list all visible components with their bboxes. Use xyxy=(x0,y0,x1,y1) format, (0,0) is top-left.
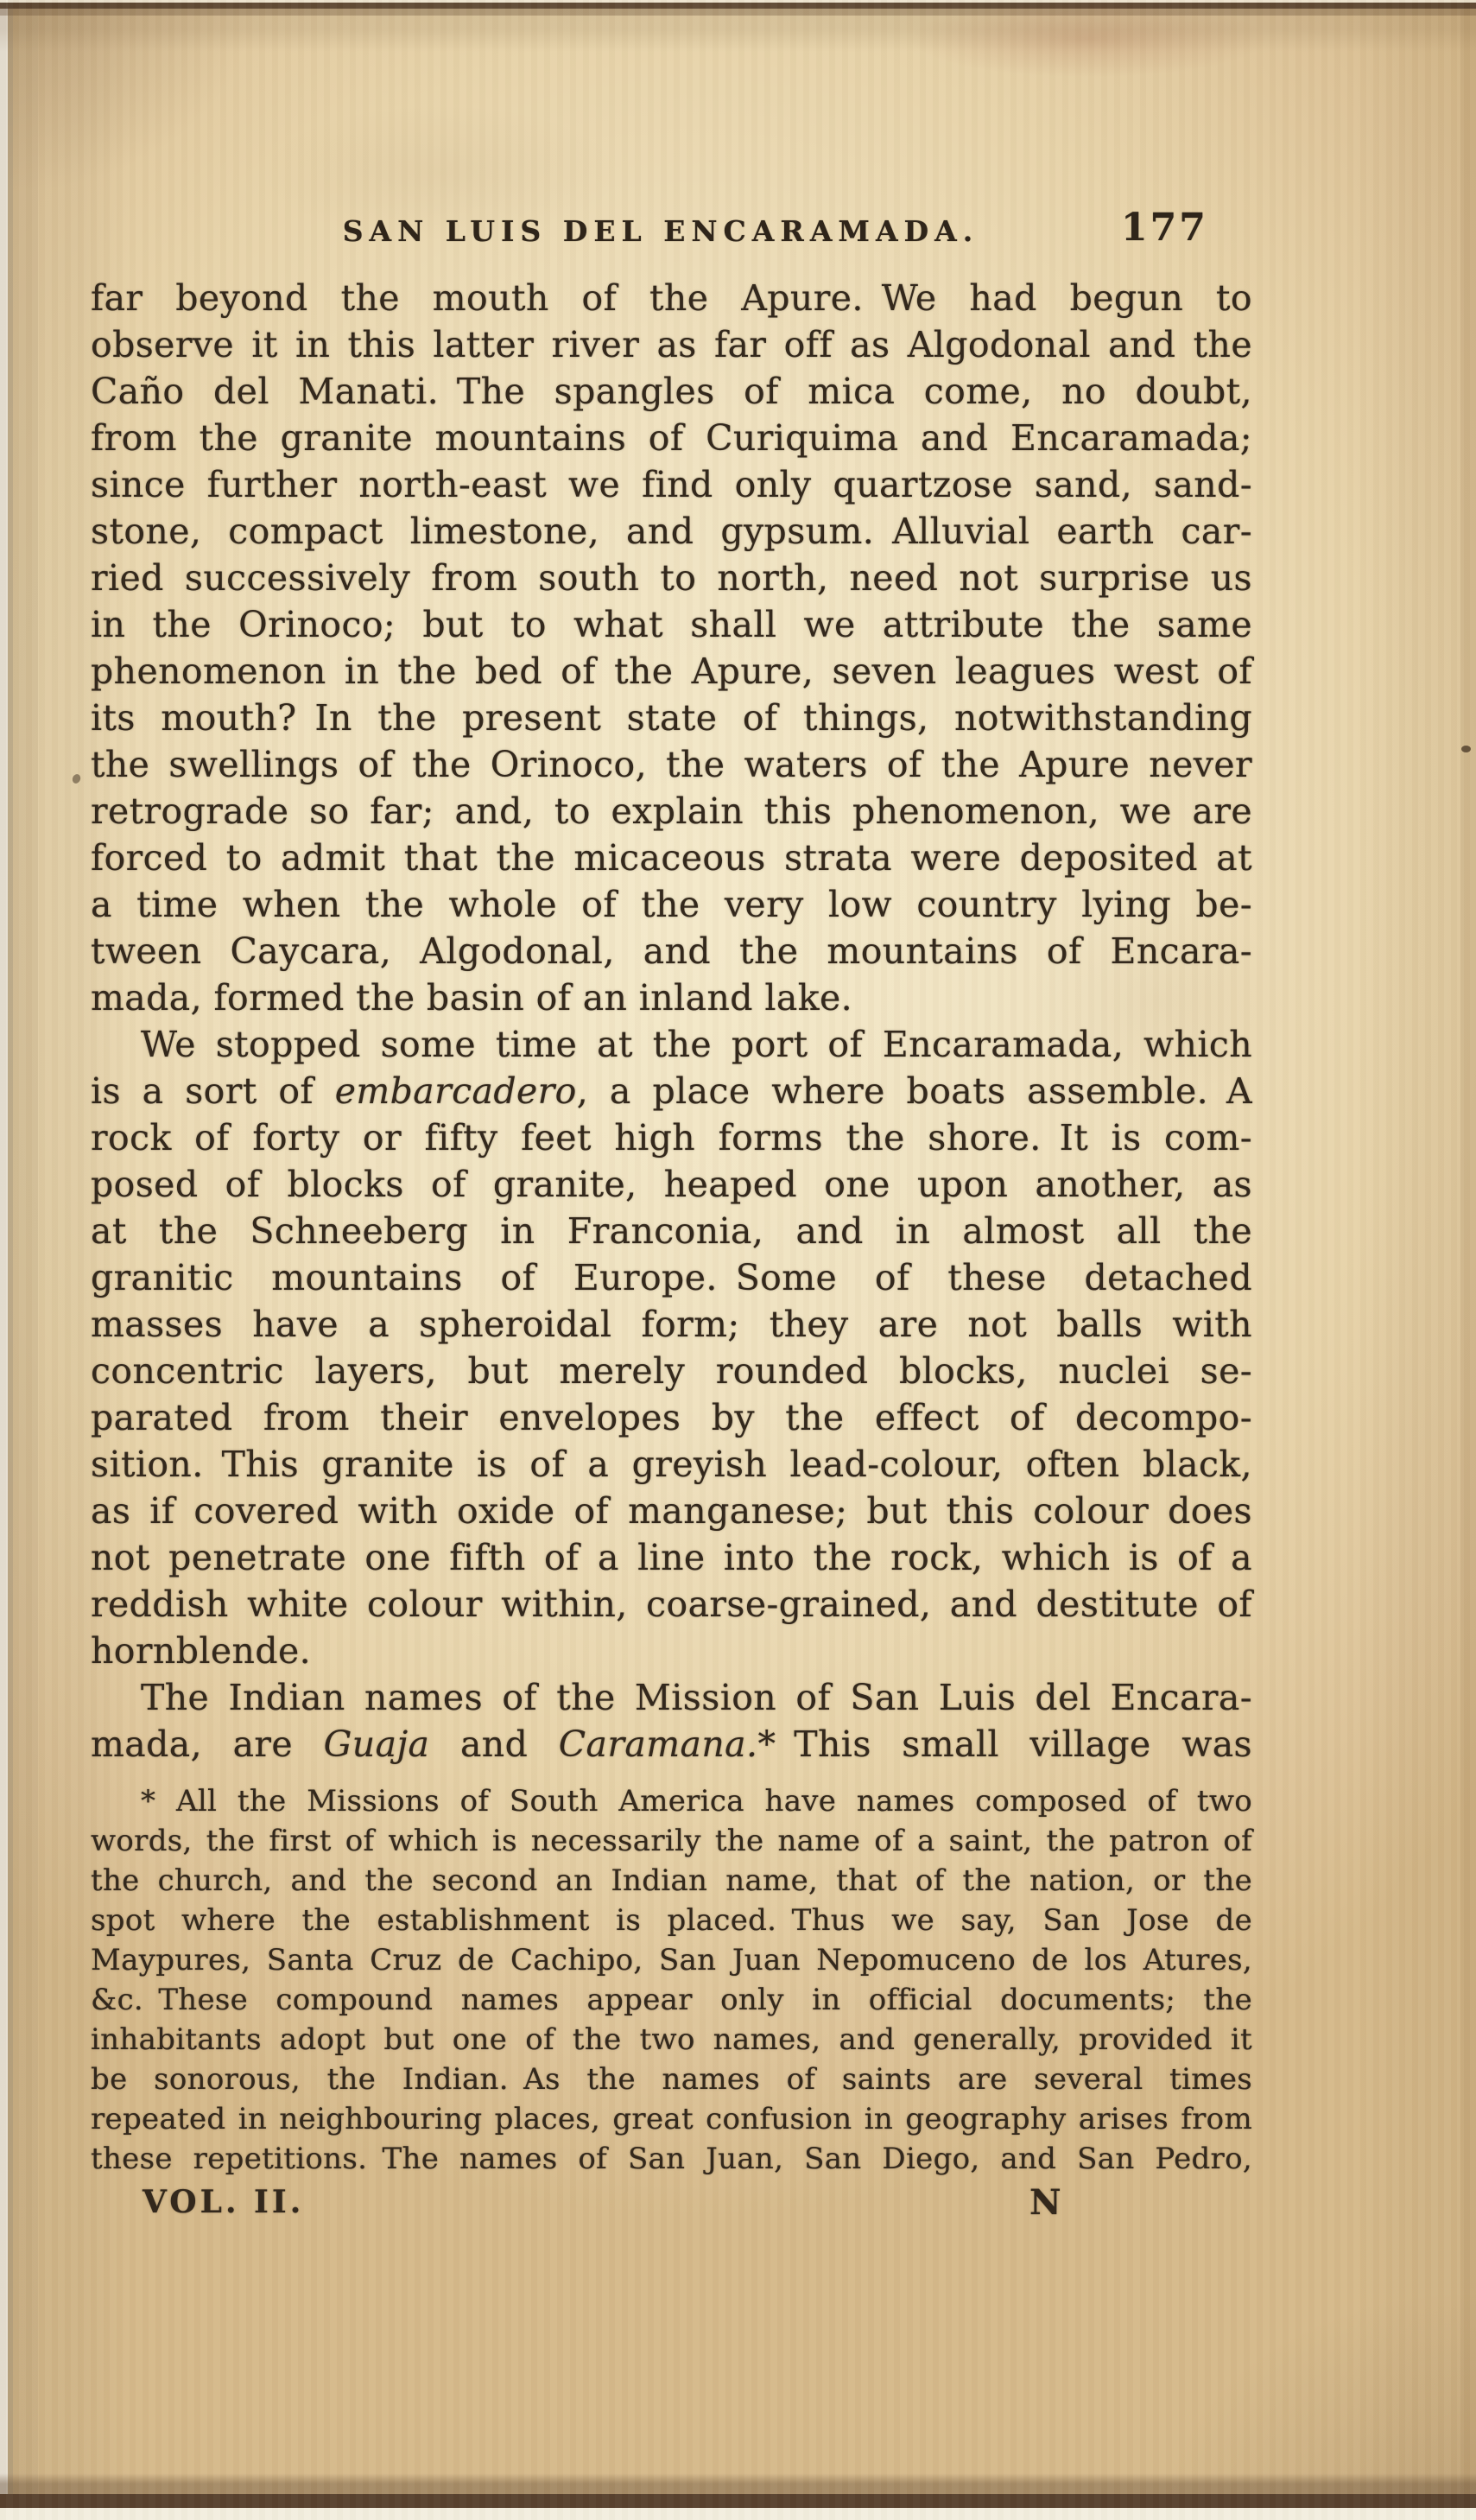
text-line: * All the Missions of South America have… xyxy=(91,1781,1252,1821)
text-line: parated from their envelopes by the effe… xyxy=(91,1394,1252,1441)
text-line: is a sort of embarcadero, a place where … xyxy=(91,1068,1252,1114)
text-line: in the Orinoco; but to what shall we att… xyxy=(91,601,1252,648)
text-line: hornblende. xyxy=(91,1628,1252,1674)
text-line: from the granite mountains of Curiquima … xyxy=(91,415,1252,461)
text-line: since further north-east we find only qu… xyxy=(91,461,1252,508)
text-line: the swellings of the Orinoco, the waters… xyxy=(91,741,1252,788)
running-title: SAN LUIS DEL ENCARAMADA. xyxy=(302,214,1019,248)
text-line: mada, are Guaja and Caramana.* This smal… xyxy=(91,1721,1252,1768)
volume-label: VOL. II. xyxy=(143,2184,304,2220)
text-line: inhabitants adopt but one of the two nam… xyxy=(91,2020,1252,2060)
text-line: reddish white colour within, coarse-grai… xyxy=(91,1581,1252,1628)
text-line: Caño del Manati. The spangles of mica co… xyxy=(91,368,1252,415)
paragraph: far beyond the mouth of the Apure. We ha… xyxy=(91,275,1252,1021)
text-line: words, the first of which is necessarily… xyxy=(91,1821,1252,1861)
ink-speck xyxy=(1461,746,1471,752)
text-line: rock of forty or fifty feet high forms t… xyxy=(91,1114,1252,1161)
paper-stain xyxy=(907,0,1270,78)
text-line: these repetitions. The names of San Juan… xyxy=(91,2139,1252,2179)
text-line: the church, and the second an Indian nam… xyxy=(91,1861,1252,1901)
text-line: be sonorous, the Indian. As the names of… xyxy=(91,2060,1252,2099)
text-line: ried successively from south to north, n… xyxy=(91,555,1252,601)
scanned-book-page: SAN LUIS DEL ENCARAMADA. 177 far beyond … xyxy=(0,0,1476,2520)
text-line: stone, compact limestone, and gypsum. Al… xyxy=(91,508,1252,555)
text-line: repeated in neighbouring places, great c… xyxy=(91,2099,1252,2139)
text-line: &c. These compound names appear only in … xyxy=(91,1980,1252,2020)
text-line: We stopped some time at the port of Enca… xyxy=(91,1021,1252,1068)
text-line: not penetrate one fifth of a line into t… xyxy=(91,1534,1252,1581)
text-line: retrograde so far; and, to explain this … xyxy=(91,788,1252,835)
text-line: posed of blocks of granite, heaped one u… xyxy=(91,1161,1252,1208)
text-line: mada, formed the basin of an inland lake… xyxy=(91,974,1252,1021)
text-line: The Indian names of the Mission of San L… xyxy=(91,1674,1252,1721)
text-line: phenomenon in the bed of the Apure, seve… xyxy=(91,648,1252,695)
text-line: masses have a spheroidal form; they are … xyxy=(91,1301,1252,1348)
text-line: Maypures, Santa Cruz de Cachipo, San Jua… xyxy=(91,1940,1252,1980)
text-line: as if covered with oxide of manganese; b… xyxy=(91,1488,1252,1534)
footnote: * All the Missions of South America have… xyxy=(91,1781,1252,2179)
text-line: sition. This granite is of a greyish lea… xyxy=(91,1441,1252,1488)
text-line: spot where the establishment is placed. … xyxy=(91,1901,1252,1940)
text-line: observe it in this latter river as far o… xyxy=(91,321,1252,368)
ink-speck xyxy=(71,773,82,785)
page-number: 177 xyxy=(1121,206,1225,250)
body-text: far beyond the mouth of the Apure. We ha… xyxy=(91,275,1252,1768)
text-line: tween Caycara, Algodonal, and the mounta… xyxy=(91,928,1252,974)
text-line: a time when the whole of the very low co… xyxy=(91,881,1252,928)
paragraph: The Indian names of the Mission of San L… xyxy=(91,1674,1252,1768)
text-line: at the Schneeberg in Franconia, and in a… xyxy=(91,1208,1252,1254)
text-line: granitic mountains of Europe. Some of th… xyxy=(91,1254,1252,1301)
text-line: forced to admit that the micaceous strat… xyxy=(91,835,1252,881)
paragraph: We stopped some time at the port of Enca… xyxy=(91,1021,1252,1674)
signature-letter: N xyxy=(1029,2182,1061,2223)
text-line: concentric layers, but merely rounded bl… xyxy=(91,1348,1252,1394)
text-line: its mouth? In the present state of thing… xyxy=(91,695,1252,741)
text-line: far beyond the mouth of the Apure. We ha… xyxy=(91,275,1252,321)
